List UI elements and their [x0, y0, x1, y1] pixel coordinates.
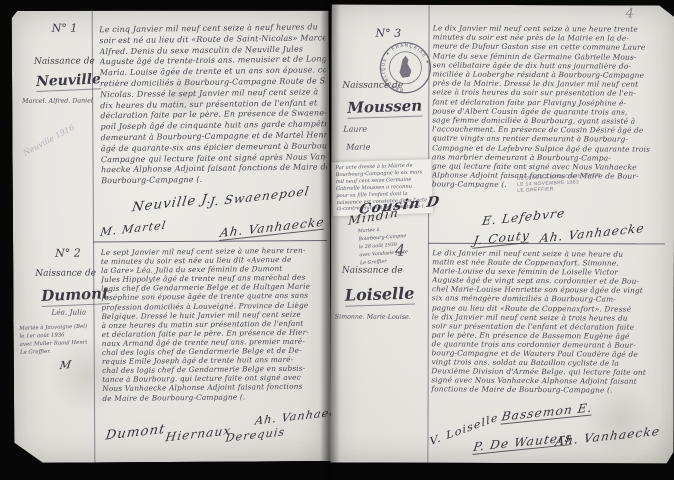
marianne-figure-icon [399, 56, 411, 78]
act1-text: Le cinq Janvier mil neuf cent seize à ne… [99, 22, 327, 187]
act4-text: Le dix Janvier mil neuf cent seize à une… [431, 248, 665, 395]
signature: Hiernaux [165, 423, 233, 444]
act2-heading: Naissance de [35, 268, 96, 278]
act-separator-rule [93, 240, 327, 242]
act2-text: Le sept Janvier mil neuf cent seize à un… [101, 245, 329, 402]
act4-given-names: Simonne. Marie-Louise. [335, 314, 411, 321]
act2-marriage-note: Mariée à Jauvoigne (Bel)le 1er août 1936… [19, 323, 88, 357]
signature: M. Martel [99, 219, 167, 239]
act1-given-names: Marcel. Alfred. Daniel [22, 97, 93, 104]
act3-surname: Moussen [347, 96, 422, 118]
act4-heading: Naissance de [342, 266, 403, 276]
signature: E. Lefebvre [481, 206, 566, 228]
text-line: de Maire de Bourbourg-Campagne (. [102, 391, 328, 403]
act3-text: Le dix Janvier mil neuf cent seize à une… [432, 23, 666, 190]
signature: Ah. Vanhaecke [219, 215, 326, 241]
act-number-2: N° 2 [55, 247, 81, 260]
register-scan: N° 1 Naissance de Neuville Marcel. Alfre… [0, 0, 674, 480]
signature: Derequis [225, 425, 286, 444]
margin-number-mark: 4 [395, 241, 405, 260]
signature: Dumont [105, 422, 167, 443]
right-page: 4 N° 3 RÉPUBLIQUE ✶ FRANÇAISE ✶ Naissanc… [330, 5, 674, 464]
greffier-paraph: M [59, 358, 73, 372]
signature: J. Swaenepoel [209, 184, 311, 209]
act3-heading: Naissance de [342, 81, 403, 91]
left-page: N° 1 Naissance de Neuville Marcel. Alfre… [12, 9, 332, 463]
deceased-stamp: DÉCÉDÉE À Boulogne s/MerLE 14 Novembre 1… [517, 173, 601, 195]
act2-given-names: Léa. Julia [51, 308, 86, 317]
act1-heading: Naissance de [34, 56, 95, 66]
signature: Neuville J. [131, 192, 213, 216]
signature: J. Couty [472, 228, 531, 249]
act4-surname: Loiselle [345, 284, 415, 307]
corner-pencil-mark: 4 [626, 6, 634, 21]
act-number-3: N° 3 [376, 27, 402, 40]
act2-surname: Dumont [41, 284, 109, 307]
act-number-1: N° 1 [52, 22, 78, 35]
paper-stain [580, 385, 660, 455]
act3-given-line2: Marie [346, 143, 370, 152]
act1-surname: Neuville [36, 71, 102, 92]
act1-pencil-note: Neuville 1916 [22, 123, 76, 158]
act3-given-line1: Laure [343, 125, 367, 134]
signature: Ah. Vanhaecke [539, 221, 646, 245]
text-line: fonctions de Maire de Bourbourg-Campagne… [431, 385, 664, 396]
